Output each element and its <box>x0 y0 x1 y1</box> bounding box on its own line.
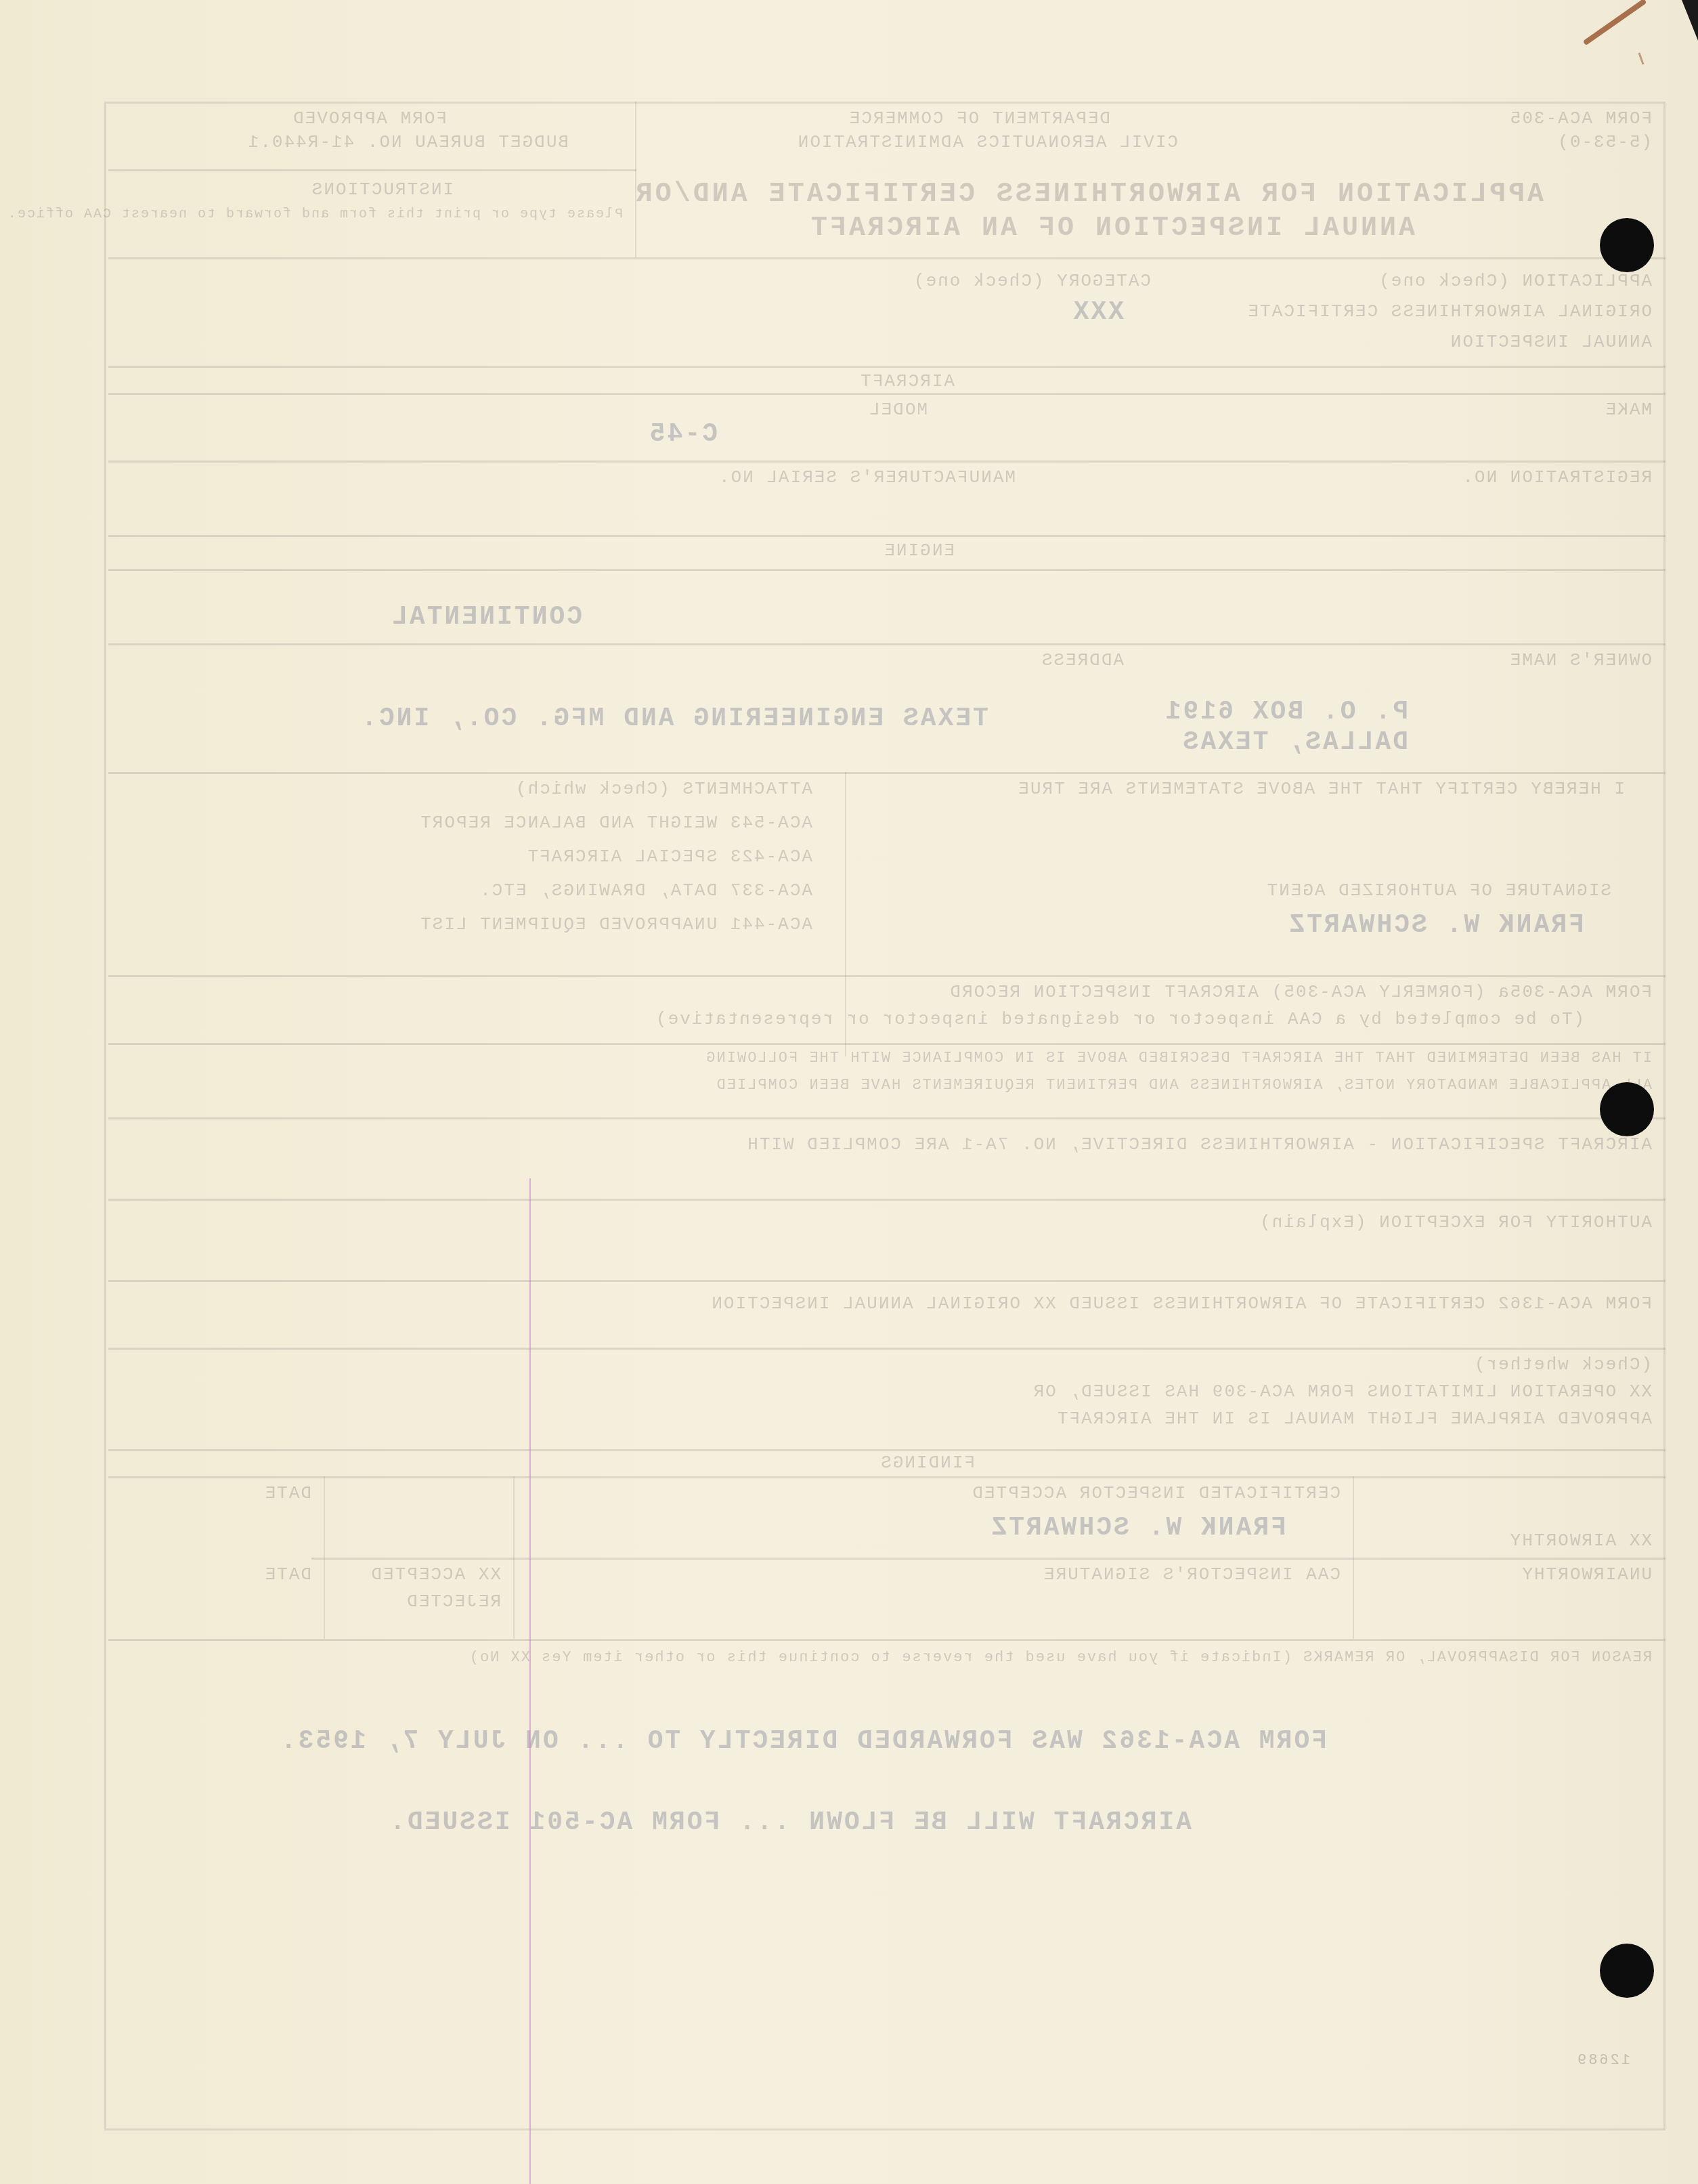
rule <box>108 1476 1666 1478</box>
rule <box>108 1449 1666 1451</box>
agency: CIVIL AERONAUTICS ADMINISTRATION <box>797 132 1178 152</box>
signature-label: SIGNATURE OF AUTHORIZED AGENT <box>1266 880 1611 901</box>
engine-make: CONTINENTAL <box>390 603 582 632</box>
punch-hole-top <box>1600 218 1654 272</box>
address-label: ADDRESS <box>1041 650 1124 670</box>
rule <box>108 1280 1666 1282</box>
rule <box>108 1348 1666 1350</box>
header-rule <box>108 169 636 171</box>
operation-line: XX OPERATION LIMITATIONS FORM ACA-309 HA… <box>1032 1382 1652 1402</box>
rule <box>108 366 1666 368</box>
owner-value: TEXAS ENGINEERING AND MFG. CO., INC. <box>360 704 988 733</box>
rule <box>108 569 1666 571</box>
mirrored-bleed-through: FORM ACA-305 (5-53-0) DEPARTMENT OF COMM… <box>108 102 1666 2126</box>
attachment-item: ACA-543 WEIGHT AND BALANCE REPORT <box>419 813 812 833</box>
rule <box>108 257 1666 259</box>
approval: FORM APPROVED <box>292 108 447 129</box>
form-rev: (5-53-0) <box>1556 132 1652 152</box>
signer-value: FRANK W. SCHWARTZ <box>1287 911 1584 940</box>
remark-line-1: FORM ACA-1362 WAS FORWARDED DIRECTLY TO … <box>279 1727 1327 1756</box>
spec-line: AIRCRAFT SPECIFICATION - AIRWORTHINESS D… <box>746 1134 1652 1155</box>
accepted-label: XX ACCEPTED <box>370 1564 501 1585</box>
punch-hole-bottom <box>1600 1944 1654 1998</box>
department: DEPARTMENT OF COMMERCE <box>848 108 1110 129</box>
model-value: C-45 <box>648 420 718 449</box>
application-original: ORIGINAL AIRWORTHINESS CERTIFICATE <box>1247 301 1653 322</box>
rule <box>108 975 1666 977</box>
application-label: APPLICATION (Check one) <box>1378 271 1652 291</box>
aircraft-section: AIRCRAFT <box>859 371 955 391</box>
serial-label: MANUFACTURER'S SERIAL NO. <box>718 467 1016 488</box>
issued-line: FORM ACA-1362 CERTIFICATE OF AIRWORTHINE… <box>710 1293 1652 1314</box>
address-line-2: DALLAS, TEXAS <box>1181 728 1408 757</box>
scan-artifact-line <box>529 1178 531 2184</box>
title-line-1: APPLICATION FOR AIRWORTHINESS CERTIFICAT… <box>634 179 1544 210</box>
date-label: DATE <box>264 1483 311 1503</box>
unairworthy-label: UNAIRWORTHY <box>1521 1564 1652 1585</box>
rejected-label: REJECTED <box>406 1591 501 1612</box>
directives-text: ALL APPLICABLE MANDATORY NOTES, AIRWORTH… <box>716 1077 1652 1094</box>
rule <box>108 1043 1666 1045</box>
model-label: MODEL <box>868 400 928 420</box>
rule <box>108 535 1666 537</box>
rule <box>108 393 1666 395</box>
findings-label: FINDINGS <box>879 1453 975 1473</box>
date-label: DATE <box>264 1564 311 1585</box>
authority-label: AUTHORITY FOR EXCEPTION (Explain) <box>1259 1212 1652 1233</box>
registration-label: REGISTRATION NO. <box>1461 467 1652 488</box>
category-value: XXX <box>1072 298 1124 327</box>
reason-label: REASON FOR DISAPPROVAL, OR REMARKS (Indi… <box>469 1649 1652 1666</box>
inspector-value: FRANK W. SCHWARTZ <box>989 1514 1286 1543</box>
caa-sig-label: CAA INSPECTOR'S SIGNATURE <box>1043 1564 1341 1585</box>
instructions-text: Please type or print this form and forwa… <box>7 207 623 222</box>
rule <box>108 461 1666 463</box>
punch-hole-middle <box>1600 1082 1654 1136</box>
page-number: 12689 <box>1575 2052 1630 2069</box>
rule <box>108 1199 1666 1201</box>
determined-text: IT HAS BEEN DETERMINED THAT THE AIRCRAFT… <box>705 1050 1652 1067</box>
budget: BUDGET BUREAU NO. 41-R440.1 <box>247 132 569 152</box>
record-subheader: (To be completed by a CAA inspector or d… <box>655 1009 1584 1029</box>
engine-section: ENGINE <box>883 540 955 561</box>
rule <box>108 1117 1666 1119</box>
record-header: FORM ACA-305a (FORMERLY ACA-305) AIRCRAF… <box>949 982 1652 1002</box>
form-number: FORM ACA-305 <box>1509 108 1652 129</box>
title-line-2: ANNUAL INSPECTION OF AN AIRCRAFT <box>808 213 1415 244</box>
approved-line: APPROVED AIRPLANE FLIGHT MANUAL IS IN TH… <box>1056 1409 1652 1429</box>
remark-line-2: AIRCRAFT WILL BE FLOWN ... FORM AC-501 I… <box>388 1808 1192 1837</box>
attachment-item: ACA-423 SPECIAL AIRCRAFT <box>527 847 812 867</box>
application-annual: ANNUAL INSPECTION <box>1450 332 1652 352</box>
attachments-label: ATTACHMENTS (Check which) <box>515 779 812 799</box>
attachment-item: ACA-337 DATA, DRAWINGS, ETC. <box>479 880 812 901</box>
address-line-1: P. O. BOX 6191 <box>1164 698 1408 727</box>
instructions-label: INSTRUCTIONS <box>311 179 454 200</box>
rule <box>108 772 1666 774</box>
certify-text: I HEREBY CERTIFY THAT THE ABOVE STATEMEN… <box>1017 779 1625 799</box>
attachment-item: ACA-441 UNAPPROVED EQUIPMENT LIST <box>419 914 812 935</box>
rule <box>108 1639 1666 1641</box>
owner-label: OWNER'S NAME <box>1509 650 1652 670</box>
inspector-sig-label: CERTIFICATED INSPECTOR ACCEPTED <box>971 1483 1341 1503</box>
rule <box>108 643 1666 645</box>
rule <box>311 1558 1666 1560</box>
make-label: MAKE <box>1605 400 1652 420</box>
check-label: (Check whether) <box>1473 1354 1652 1375</box>
airworthy-label: XX AIRWORTHY <box>1509 1530 1652 1551</box>
category-label: CATEGORY (Check one) <box>913 271 1151 291</box>
